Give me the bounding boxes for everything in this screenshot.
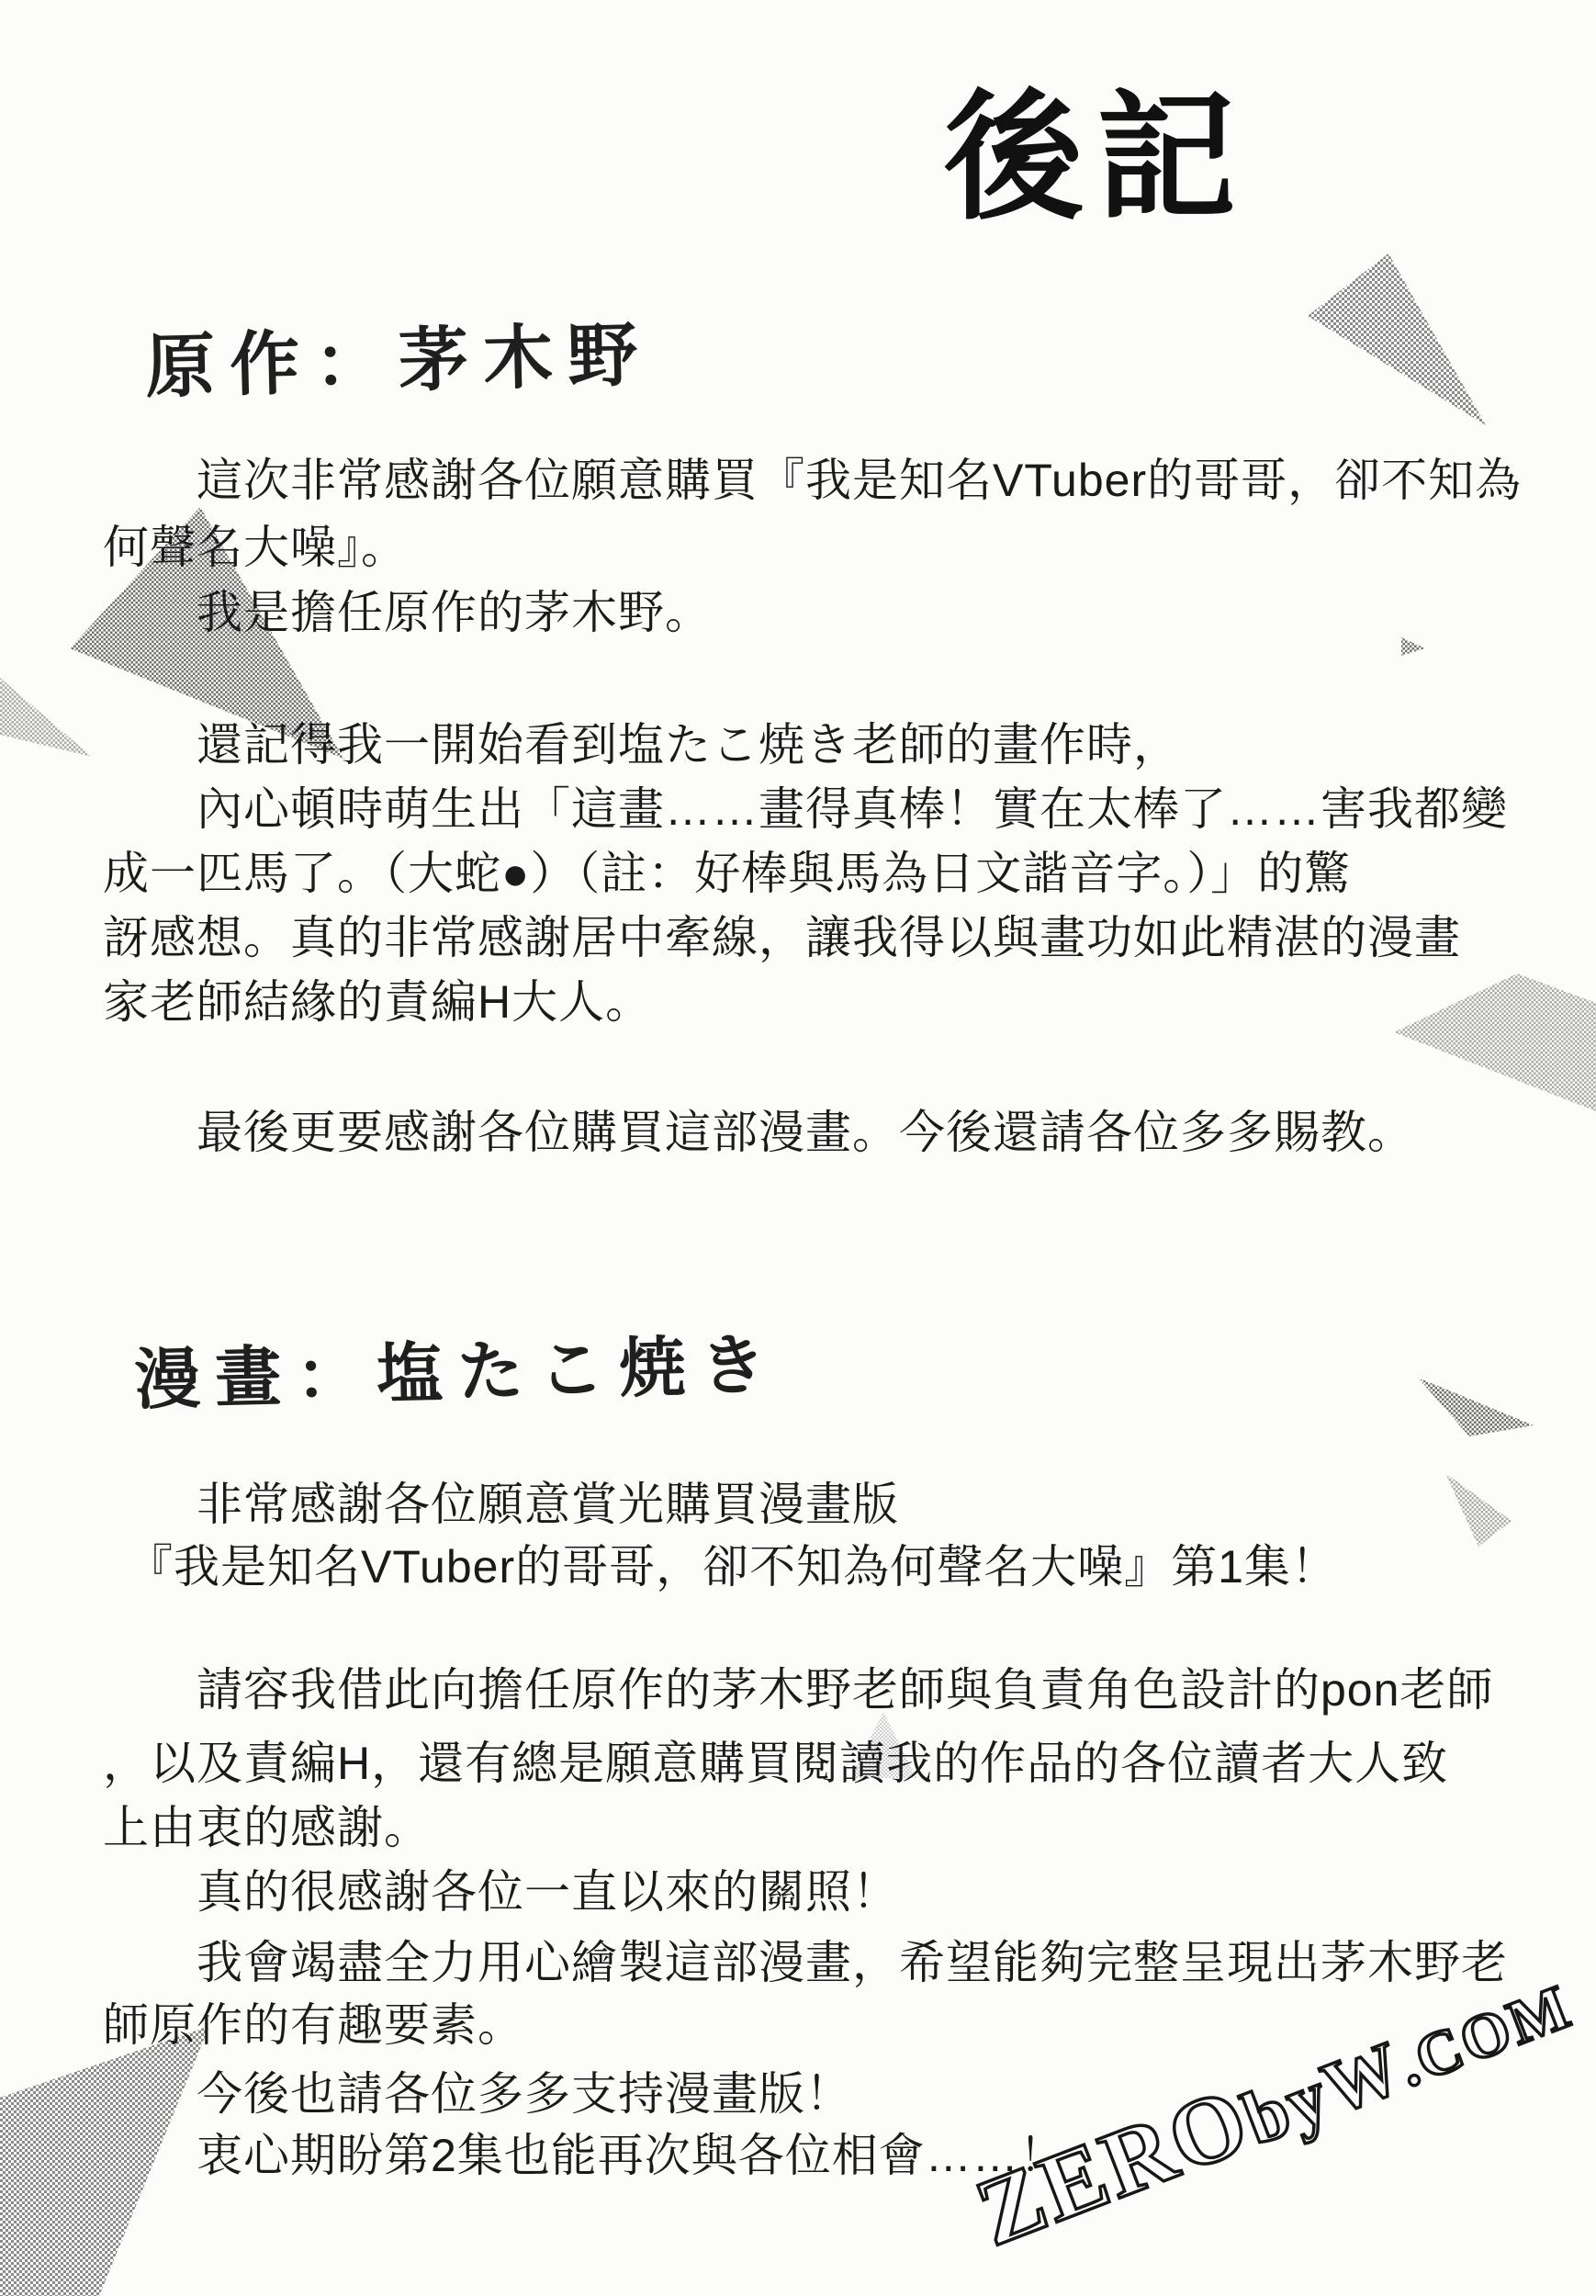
watermark-segment: byW bbox=[1231, 2023, 1414, 2162]
afterword-line: 這次非常感謝各位願意購買『我是知名VTuber的哥哥，卻不知為 bbox=[103, 444, 1522, 510]
afterword-line: 請容我借此向擔任原作的茅木野老師與負責角色設計的pon老師 bbox=[103, 1653, 1493, 1719]
afterword-line: 何聲名大噪』。 bbox=[103, 511, 408, 577]
afterword-line: 『我是知名VTuber的哥哥，卻不知為何聲名大噪』第1集！ bbox=[103, 1530, 1338, 1596]
afterword-line: 師原作的有趣要素。 bbox=[103, 1988, 524, 2054]
afterword-line: 成一匹馬了。（大蛇●）（註：好棒與馬為日文諧音字。）」的驚 bbox=[103, 837, 1351, 903]
afterword-line: 真的很感謝各位一直以來的關照！ bbox=[103, 1855, 899, 1921]
section-heading-original-author: 原作：茅木野 bbox=[144, 298, 653, 411]
afterword-line: 我是擔任原作的茅木野。 bbox=[103, 576, 712, 642]
afterword-line: 衷心期盼第2集也能再次與各位相會……！ bbox=[103, 2119, 1066, 2185]
afterword-line: ，以及責編H，還有總是願意購買閱讀我的作品的各位讀者大人致 bbox=[103, 1727, 1448, 1793]
afterword-line: 訝感想。真的非常感謝居中牽線，讓我得以與畫功如此精湛的漫畫 bbox=[103, 901, 1461, 967]
afterword-line: 內心頓時萌生出「這畫……畫得真棒！實在太棒了……害我都變 bbox=[103, 772, 1508, 838]
afterword-page: 後記 原作：茅木野 這次非常感謝各位願意購買『我是知名VTuber的哥哥，卻不知… bbox=[0, 0, 1596, 2296]
afterword-line: 今後也請各位多多支持漫畫版！ bbox=[103, 2057, 852, 2123]
afterword-line: 非常感謝各位願意賞光購買漫畫版 bbox=[103, 1468, 899, 1534]
afterword-line: 最後更要感謝各位購買這部漫畫。今後還請各位多多賜教。 bbox=[103, 1096, 1414, 1162]
section-heading-manga-artist: 漫畫：塩たこ焼き bbox=[133, 1311, 781, 1422]
afterword-line: 還記得我一開始看到塩たこ焼き老師的畫作時， bbox=[103, 708, 1180, 774]
afterword-line: 上由衷的感謝。 bbox=[103, 1791, 431, 1857]
watermark-segment: ZERO bbox=[962, 2065, 1264, 2268]
page-title: 後記 bbox=[944, 46, 1249, 246]
afterword-line: 我會竭盡全力用心繪製這部漫畫，希望能夠完整呈現出茅木野老 bbox=[103, 1926, 1508, 1992]
afterword-line: 家老師結緣的責編H大人。 bbox=[103, 965, 652, 1031]
